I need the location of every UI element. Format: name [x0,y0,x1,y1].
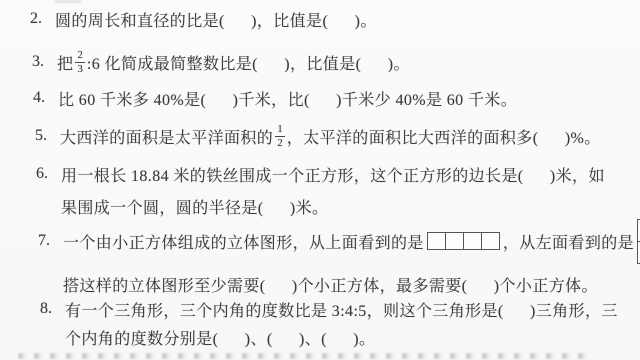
fraction-numerator: 2 [75,49,85,62]
square-cell [427,232,446,250]
question-line-continuation: 个内角的度数分别是( )、( )、( )。 [65,324,375,350]
fraction-numerator: 1 [275,123,285,136]
question-line: 8.有一个三角形，三个内角的度数比是 3:4:5，则这个三角形是( )三角形，三 [40,296,618,322]
question-text: 个内角的度数分别是( )、( )、( )。 [65,326,375,349]
question-number: 3. [32,53,57,71]
fraction: 12 [275,123,285,149]
fraction-denominator: 2 [275,136,285,150]
question-number: 4. [33,89,58,107]
question-text: 搭这样的立体图形至少需要( )个小正方体，最多需要( )个小正方体。 [63,273,598,296]
question-line: 7.一个由小正方体组成的立体图形，从上面看到的是，从左面看到的是， [38,218,640,264]
square-cell [445,232,464,250]
question-text: 大西洋的面积是太平洋面积的 [60,125,273,148]
question-text: :6 化简成最简整数比是( )，比值是( )。 [87,51,410,74]
question-text: 比 60 千米多 40%是( )千米，比( )千米少 40%是 60 千米。 [58,87,517,110]
worksheet-page: 2.圆的周长和直径的比是( )，比值是( )。3.把23:6 化简成最简整数比是… [0,0,640,360]
question-text: 圆的周长和直径的比是( )，比值是( )。 [55,8,377,31]
cut-off-mark-top [55,0,81,3]
question-line: 5.大西洋的面积是太平洋面积的12，太平洋的面积比大西洋的面积多( )%。 [35,116,601,156]
question-text: ，太平洋的面积比大西洋的面积多( )%。 [287,125,601,148]
question-number: 2. [30,10,55,28]
question-text: 果围成一个圆，圆的半径是( )米。 [61,195,328,218]
fraction: 23 [75,49,85,75]
question-line-continuation: 果围成一个圆，圆的半径是( )米。 [61,193,328,219]
square-cell [463,232,482,250]
cut-off-text-remnant [18,353,588,359]
question-number: 8. [40,300,65,318]
question-text: 有一个三角形，三个内角的度数比是 3:4:5，则这个三角形是( )三角形，三 [65,298,618,321]
question-number: 7. [38,232,63,250]
question-line-continuation: 搭这样的立体图形至少需要( )个小正方体，最多需要( )个小正方体。 [63,271,598,297]
top-view-squares [427,232,500,250]
question-text: 用一根长 18.84 米的铁丝围成一个正方形，这个正方形的边长是( )米，如 [61,163,605,186]
question-text: 把 [57,51,73,74]
square-cell [481,232,500,250]
question-line: 2.圆的周长和直径的比是( )，比值是( )。 [30,6,377,32]
question-line: 3.把23:6 化简成最简整数比是( )，比值是( )。 [32,42,410,82]
question-number: 6. [36,165,61,183]
question-text: ，从左面看到的是 [503,230,634,253]
fraction-denominator: 3 [75,62,85,76]
question-line: 6.用一根长 18.84 米的铁丝围成一个正方形，这个正方形的边长是( )米，如 [36,161,605,187]
question-number: 5. [35,127,60,145]
question-text: 一个由小正方体组成的立体图形，从上面看到的是 [63,230,424,253]
question-line: 4.比 60 千米多 40%是( )千米，比( )千米少 40%是 60 千米。 [33,85,517,111]
